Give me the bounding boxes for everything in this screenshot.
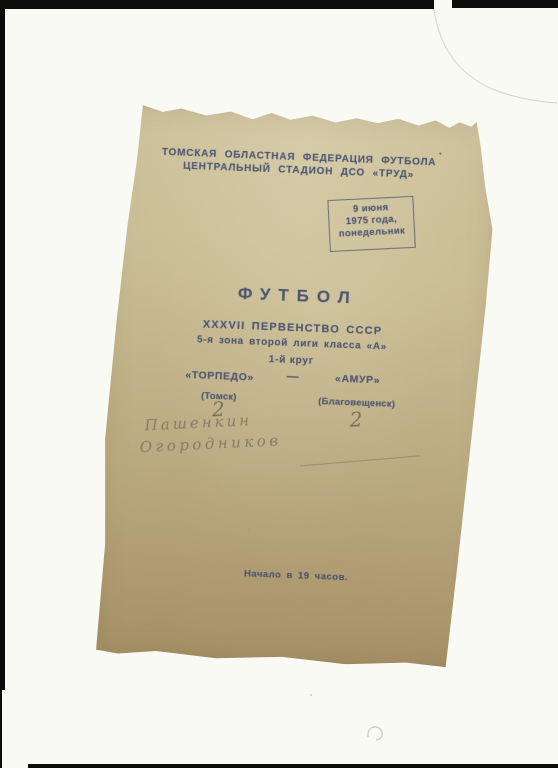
handwritten-scorer-2: Огородников [139, 429, 320, 456]
scan-edge-top [0, 0, 434, 9]
scanner-curve-artifact [433, 2, 557, 103]
scan-edge-bottom [28, 764, 558, 768]
pencil-flourish-stroke [300, 455, 420, 466]
federation-header: ТОМСКАЯ ОБЛАСТНАЯ ФЕДЕРАЦИЯ ФУТБОЛА ЦЕНТ… [112, 144, 485, 184]
paper-speck [249, 529, 250, 530]
scanned-programme-page: ТОМСКАЯ ОБЛАСТНАЯ ФЕДЕРАЦИЯ ФУТБОЛА ЦЕНТ… [0, 0, 558, 768]
paper-speck [439, 152, 441, 154]
scan-edge-left [0, 0, 5, 690]
scan-edge-top-right [452, 0, 558, 8]
away-team-name: «АМУР» [287, 371, 427, 388]
match-title: ФУТБОЛ [108, 279, 480, 313]
date-stamp-box: 9 июня 1975 года, понедельник [327, 196, 415, 252]
scan-edge-left-lower [0, 690, 2, 768]
paper-curl-mark [368, 727, 382, 740]
home-team-name: «ТОРПЕДО» [149, 368, 289, 385]
kickoff-line: Начало в 19 часов. [110, 563, 482, 588]
programme-cover-paper: ТОМСКАЯ ОБЛАСТНАЯ ФЕДЕРАЦИЯ ФУТБОЛА ЦЕНТ… [94, 104, 499, 670]
scanner-dust-speck [310, 694, 312, 696]
